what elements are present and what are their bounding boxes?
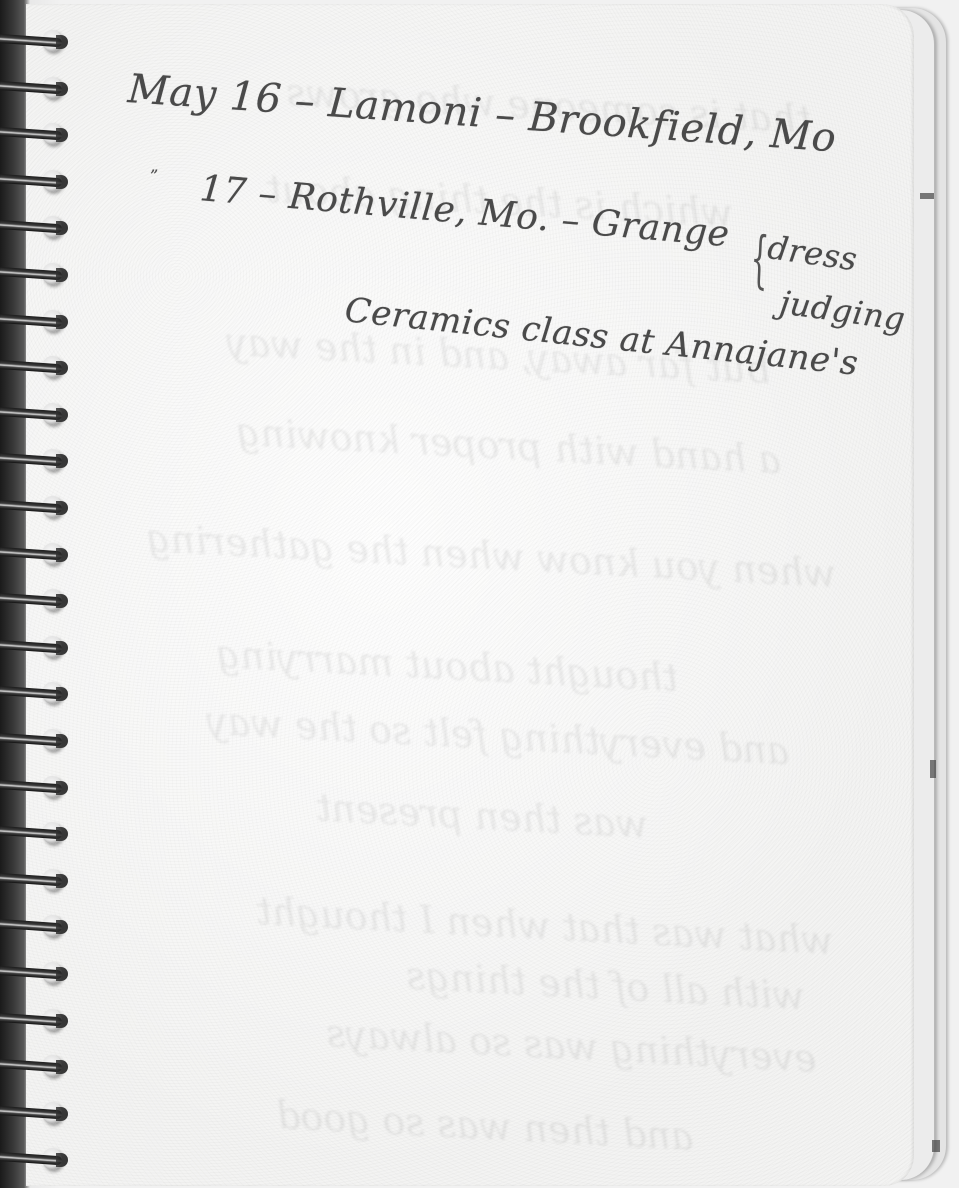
- spiral-ring: [0, 634, 76, 660]
- spiral-wire-tip: [56, 128, 68, 142]
- spiral-ring: [0, 1100, 76, 1126]
- spiral-ring: [0, 261, 76, 287]
- spiral-ring: [0, 1007, 76, 1033]
- spiral-wire-tip: [56, 221, 68, 235]
- spiral-wire-tip: [56, 874, 68, 888]
- bleed-through-line: and then was so good: [275, 1093, 695, 1159]
- spiral-ring: [0, 541, 76, 567]
- spiral-ring: [0, 168, 76, 194]
- spiral-wire: [0, 733, 62, 746]
- spiral-ring: [0, 680, 76, 706]
- bleed-through-line: what was that when I thought: [255, 889, 834, 963]
- notebook-scan: that is someone who grows which is the t…: [0, 0, 959, 1188]
- spiral-wire: [0, 686, 62, 699]
- spiral-wire: [0, 966, 62, 979]
- spiral-wire-tip: [56, 1060, 68, 1074]
- spiral-ring: [0, 1053, 76, 1079]
- spiral-wire: [0, 407, 62, 420]
- spiral-ring: [0, 1146, 76, 1172]
- spiral-wire: [0, 174, 62, 187]
- spiral-ring: [0, 401, 76, 427]
- spiral-wire: [0, 1059, 62, 1072]
- spiral-ring: [0, 494, 76, 520]
- spiral-ring: [0, 354, 76, 380]
- spiral-wire: [0, 314, 62, 327]
- spiral-wire-tip: [56, 35, 68, 49]
- spiral-wire: [0, 1152, 62, 1165]
- bleed-through-line: with all of the things: [405, 954, 806, 1019]
- spiral-wire-tip: [56, 1107, 68, 1121]
- spiral-wire: [0, 873, 62, 886]
- spiral-wire: [0, 360, 62, 373]
- page-edge-mark: [932, 1140, 940, 1152]
- spiral-ring: [0, 587, 76, 613]
- spiral-wire: [0, 1106, 62, 1119]
- bleed-through-line: a hand with proper knowing: [235, 410, 782, 482]
- spiral-wire-tip: [56, 781, 68, 795]
- page-edge-mark: [920, 193, 934, 199]
- spiral-wire-tip: [56, 920, 68, 934]
- notebook-page: that is someone who grows which is the t…: [26, 4, 914, 1186]
- spiral-wire: [0, 826, 62, 839]
- spiral-wire: [0, 593, 62, 606]
- spiral-wire: [0, 453, 62, 466]
- spiral-ring: [0, 121, 76, 147]
- spiral-wire: [0, 1013, 62, 1026]
- spiral-wire: [0, 500, 62, 513]
- spiral-wire-tip: [56, 548, 68, 562]
- bleed-through-line: when you know when the gathering: [145, 516, 837, 596]
- spiral-wire: [0, 220, 62, 233]
- bleed-through-line: and everything felt so the way: [205, 699, 790, 773]
- spiral-wire-tip: [56, 1153, 68, 1167]
- spiral-wire: [0, 780, 62, 793]
- page-edge-mark: [930, 760, 936, 778]
- spiral-wire-tip: [56, 408, 68, 422]
- spiral-ring: [0, 867, 76, 893]
- spiral-ring: [0, 308, 76, 334]
- spiral-ring: [0, 214, 76, 240]
- spiral-ring: [0, 774, 76, 800]
- spiral-wire: [0, 640, 62, 653]
- bleed-through-line: thought about marrying: [215, 632, 679, 700]
- spiral-wire-tip: [56, 175, 68, 189]
- bleed-through-line: everything was so always: [325, 1011, 818, 1081]
- spiral-wire-tip: [56, 82, 68, 96]
- spiral-wire-tip: [56, 734, 68, 748]
- spiral-wire: [0, 547, 62, 560]
- spiral-wire-tip: [56, 268, 68, 282]
- spiral-ring: [0, 727, 76, 753]
- spiral-wire-tip: [56, 1014, 68, 1028]
- spiral-wire-tip: [56, 967, 68, 981]
- spiral-wire: [0, 919, 62, 932]
- spiral-wire-tip: [56, 454, 68, 468]
- spiral-ring: [0, 960, 76, 986]
- spiral-ring: [0, 820, 76, 846]
- spiral-ring: [0, 75, 76, 101]
- spiral-wire-tip: [56, 361, 68, 375]
- spiral-ring: [0, 28, 76, 54]
- spiral-wire-tip: [56, 315, 68, 329]
- spiral-wire: [0, 267, 62, 280]
- spiral-wire: [0, 81, 62, 94]
- spiral-wire-tip: [56, 594, 68, 608]
- spiral-wire-tip: [56, 641, 68, 655]
- spiral-wire-tip: [56, 501, 68, 515]
- spiral-binding: [0, 0, 90, 1188]
- bleed-through-line: was then present: [315, 785, 649, 846]
- spiral-ring: [0, 913, 76, 939]
- ditto-mark: ”: [150, 166, 159, 185]
- spiral-wire-tip: [56, 827, 68, 841]
- spiral-wire: [0, 34, 62, 47]
- spiral-wire: [0, 127, 62, 140]
- spiral-ring: [0, 447, 76, 473]
- spiral-wire-tip: [56, 687, 68, 701]
